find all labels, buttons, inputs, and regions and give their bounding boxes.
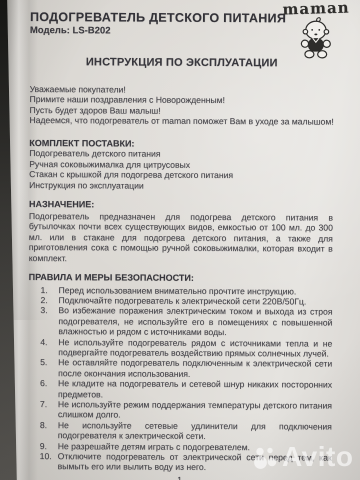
package-item: Инструкция по эксплуатации — [29, 179, 333, 191]
safety-list: 1. Перед использованием внимательно проч… — [28, 284, 333, 473]
safety-item-number: 7. — [40, 399, 58, 420]
document-content: ПОДОГРЕВАТЕЛЬ ДЕТСКОГО ПИТАНИЯ Модель: L… — [28, 12, 334, 480]
safety-item-text: Отключите подогреватель от электрической… — [58, 451, 332, 473]
safety-item-number: 6. — [40, 378, 58, 399]
safety-item-number: 3. — [40, 305, 58, 336]
purpose-text: Подогреватель предназначен для подогрева… — [29, 210, 333, 264]
baby-mascot-icon — [293, 14, 339, 62]
section-heading-safety: ПРАВИЛА И МЕРЫ БЕЗОПАСНОСТИ: — [29, 272, 333, 284]
safety-item: 7. Не используйте режим поддержания темп… — [28, 399, 332, 421]
safety-item-number: 2. — [40, 295, 58, 306]
safety-item-text: Не используйте подогреватель рядом с ист… — [58, 337, 332, 359]
purpose-section: НАЗНАЧЕНИЕ: Подогреватель предназначен д… — [29, 199, 333, 265]
greeting-line: Надеемся, что подогреватель от maman пом… — [29, 115, 333, 127]
safety-item-number: 9. — [40, 441, 58, 452]
safety-item: 10. Отключите подогреватель от электриче… — [28, 451, 332, 473]
safety-item-text: Не используйте режим поддержания темпера… — [58, 399, 332, 421]
safety-item: 4. Не используйте подогреватель рядом с … — [28, 337, 332, 359]
package-section: КОМПЛЕКТ ПОСТАВКИ: Подогреватель детског… — [29, 137, 333, 191]
safety-item: 6. Не кладите на подогреватель и сетевой… — [28, 378, 332, 400]
safety-item-number: 1. — [41, 285, 59, 296]
safety-item-text: Не используйте сетевые удлинители для по… — [58, 420, 332, 442]
safety-section: ПРАВИЛА И МЕРЫ БЕЗОПАСНОСТИ: 1. Перед ис… — [28, 272, 333, 473]
greeting-block: Уважаемые покупатели! Примите наши поздр… — [29, 83, 333, 127]
brand-logo: maman — [272, 3, 360, 62]
document-header: ПОДОГРЕВАТЕЛЬ ДЕТСКОГО ПИТАНИЯ Модель: L… — [30, 12, 334, 38]
safety-item-number: 8. — [40, 420, 58, 441]
safety-item-text: Не кладите на подогреватель и сетевой шн… — [58, 378, 332, 400]
page-number: 1 — [28, 474, 332, 480]
safety-item-text: Во избежание поражения электрическим ток… — [58, 305, 332, 338]
safety-item-text: Не оставляйте подогреватель подключенным… — [58, 357, 332, 379]
safety-item-number: 4. — [40, 337, 58, 358]
safety-item-number: 5. — [40, 357, 58, 378]
safety-item: 5. Не оставляйте подогреватель подключен… — [28, 357, 332, 379]
section-heading-purpose: НАЗНАЧЕНИЕ: — [29, 199, 333, 211]
safety-item: 8. Не используйте сетевые удлинители для… — [28, 420, 332, 442]
safety-item-number: 10. — [40, 451, 58, 472]
document-photo: ПОДОГРЕВАТЕЛЬ ДЕТСКОГО ПИТАНИЯ Модель: L… — [0, 0, 360, 480]
safety-item: 3. Во избежание поражения электрическим … — [28, 305, 332, 338]
brand-logo-text: maman — [272, 2, 360, 15]
